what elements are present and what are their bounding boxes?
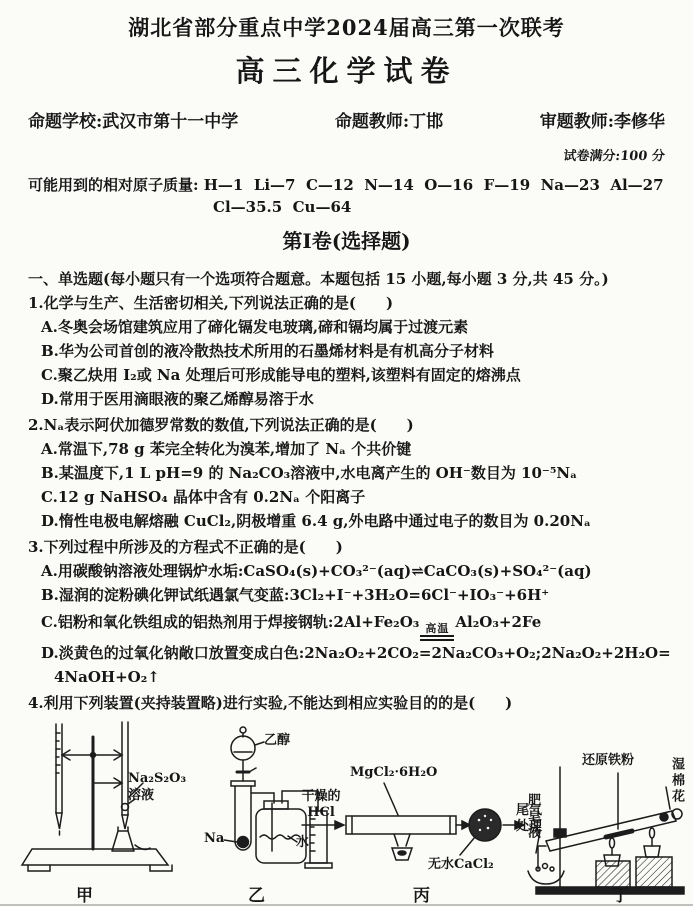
apparatus-bing-caption: 丙 xyxy=(413,881,430,906)
titration-stand-diagram xyxy=(16,721,196,879)
jia-solution-label-line2: 溶液 xyxy=(128,788,154,804)
bing-drier-label: 无水CaCl₂ xyxy=(428,857,494,873)
question-3-option-c: C.铝粉和氧化铁组成的铝热剂用于焊接钢轨:2Al+Fe₂O₃ 高温 Al₂O₃+… xyxy=(28,607,679,641)
apparatus-jia-figure: Na₂S₂O₃ 溶液 xyxy=(16,721,196,879)
apparatus-ding-caption: 丁 xyxy=(612,881,629,906)
question-1-option-d: D.常用于医用滴眼液的聚乙烯醇易溶于水 xyxy=(28,387,679,411)
bing-dry-hcl-label-line2: HCl xyxy=(298,805,344,821)
section-instructions: 一、单选题(每小题只有一个选项符合题意。本题包括 15 小题,每小题 3 分,共… xyxy=(28,268,673,289)
question-1-option-b: B.华为公司首创的液冷散热技术所用的石墨烯材料是有机高分子材料 xyxy=(28,339,679,363)
question-3: 3.下列过程中所涉及的方程式不正确的是( ) A.用碳酸钠溶液处理锅炉水垢:Ca… xyxy=(28,535,679,689)
hcl-heating-tube-diagram xyxy=(298,765,543,885)
ding-soap-label: 肥皂液 xyxy=(524,793,540,841)
question-2-option-c: C.12 g NaHSO₄ 晶体中含有 0.2Nₐ 个阳离子 xyxy=(28,485,679,509)
exam-title: 湖北省部分重点中学2024届高三第一次联考 xyxy=(0,0,693,42)
reaction-condition-equals: 高温 xyxy=(420,623,454,641)
bing-solid-label: MgCl₂·6H₂O xyxy=(350,765,437,781)
question-4: 4.利用下列装置(夹持装置略)进行实验,不能达到相应实验目的的是( ) xyxy=(28,691,679,715)
question-3-option-d-line2: 4NaOH+O₂↑ xyxy=(28,665,679,689)
question-3-option-c-product: Al₂O₃+2Fe xyxy=(455,613,541,631)
school-label: 命题学校:武汉市第十一中学 xyxy=(28,107,238,132)
reaction-condition-label: 高温 xyxy=(425,623,449,634)
question-2-option-a: A.常温下,78 g 苯完全转化为溴苯,增加了 Nₐ 个共价键 xyxy=(28,437,679,461)
scan-artifact-line xyxy=(0,904,693,906)
exam-paper-page: 湖北省部分重点中学2024届高三第一次联考 高三化学试卷 命题学校:武汉市第十一… xyxy=(0,0,693,907)
iron-powder-tube-diagram xyxy=(526,753,691,899)
ding-wet-cotton-label: 湿棉花 xyxy=(668,757,684,805)
paper-meta-row: 命题学校:武汉市第十一中学 命题教师:丁邯 审题教师:李修华 xyxy=(28,107,665,132)
setter-label: 命题教师:丁邯 xyxy=(335,107,443,132)
apparatus-figures: Na₂S₂O₃ 溶液 xyxy=(0,719,693,907)
question-2-option-b: B.某温度下,1 L pH=9 的 Na₂CO₃溶液中,水电离产生的 OH⁻数目… xyxy=(28,461,679,485)
question-3-option-d-line1: D.淡黄色的过氧化钠敞口放置变成白色:2Na₂O₂+2CO₂=2Na₂CO₃+O… xyxy=(28,641,679,665)
question-2: 2.Nₐ表示阿伏加德罗常数的数值,下列说法正确的是( ) A.常温下,78 g … xyxy=(28,413,679,533)
question-3-option-a: A.用碳酸钠溶液处理锅炉水垢:CaSO₄(s)+CO₃²⁻(aq)⇌CaCO₃(… xyxy=(28,559,679,583)
bing-dry-hcl-label-line1: 干燥的 xyxy=(298,789,344,805)
full-score-label: 试卷满分:100 分 xyxy=(0,145,666,164)
section-title: 第Ⅰ卷(选择题) xyxy=(0,225,693,254)
yi-ethanol-label: 乙醇 xyxy=(264,733,290,749)
ding-iron-powder-label: 还原铁粉 xyxy=(582,753,634,769)
jia-solution-label-line1: Na₂S₂O₃ xyxy=(128,771,186,787)
reviewer-label: 审题教师:李修华 xyxy=(540,107,665,132)
atomic-mass-line2: Cl—35.5 Cu—64 xyxy=(213,198,693,216)
atomic-mass-line1: 可能用到的相对原子质量: H—1 Li—7 C—12 N—14 O—16 F—1… xyxy=(28,174,693,195)
apparatus-yi-caption: 乙 xyxy=(248,881,265,906)
question-1: 1.化学与生产、生活密切相关,下列说法正确的是( ) A.冬奥会场馆建筑应用了碲… xyxy=(28,291,679,411)
question-3-option-c-text: C.铝粉和氧化铁组成的铝热剂用于焊接钢轨:2Al+Fe₂O₃ xyxy=(41,613,419,631)
question-4-stem: 4.利用下列装置(夹持装置略)进行实验,不能达到相应实验目的的是( ) xyxy=(28,691,679,715)
apparatus-bing-figure: 干燥的 HCl MgCl₂·6H₂O 无水CaCl₂ 尾气 处理 xyxy=(298,765,543,885)
yi-sodium-label: Na xyxy=(204,831,224,847)
paper-title: 高三化学试卷 xyxy=(0,49,693,90)
apparatus-ding-figure: 还原铁粉 湿棉花 肥皂液 xyxy=(526,753,691,899)
question-1-option-a: A.冬奥会场馆建筑应用了碲化镉发电玻璃,碲和镉均属于过渡元素 xyxy=(28,315,679,339)
question-2-stem: 2.Nₐ表示阿伏加德罗常数的数值,下列说法正确的是( ) xyxy=(28,413,679,437)
question-2-option-d: D.惰性电极电解熔融 CuCl₂,阴极增重 6.4 g,外电路中通过电子的数目为… xyxy=(28,509,679,533)
question-3-stem: 3.下列过程中所涉及的方程式不正确的是( ) xyxy=(28,535,679,559)
question-1-option-c: C.聚乙炔用 I₂或 Na 处理后可形成能导电的塑料,该塑料有固定的熔沸点 xyxy=(28,363,679,387)
apparatus-jia-caption: 甲 xyxy=(76,881,93,906)
question-3-option-b: B.湿润的淀粉碘化钾试纸遇氯气变蓝:3Cl₂+I⁻+3H₂O=6Cl⁻+IO₃⁻… xyxy=(28,583,679,607)
question-1-stem: 1.化学与生产、生活密切相关,下列说法正确的是( ) xyxy=(28,291,679,315)
